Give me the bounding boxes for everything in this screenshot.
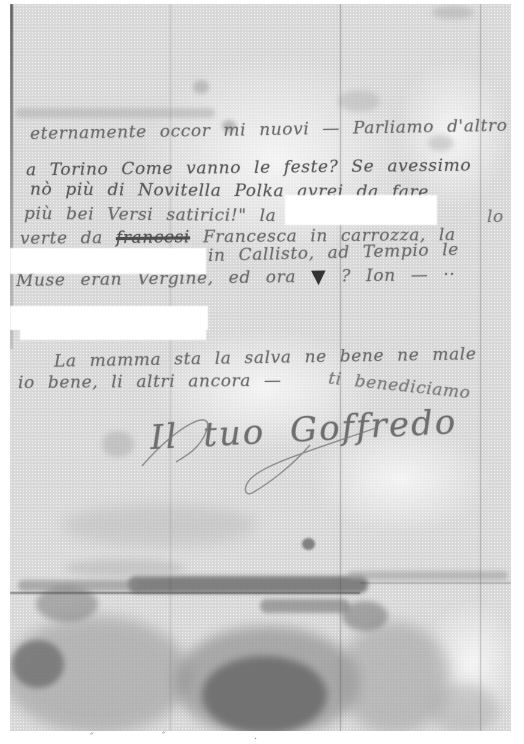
stain: [428, 684, 498, 731]
horizontal-fold-crease: [10, 592, 360, 594]
stain: [193, 80, 209, 94]
stain: [62, 504, 257, 546]
redaction-block: [285, 195, 437, 225]
stain: [65, 559, 185, 577]
stray-pen-mark: ·: [254, 734, 257, 744]
redaction-block: [10, 248, 206, 274]
stain: [128, 576, 368, 593]
stain: [348, 571, 508, 580]
stain: [302, 538, 315, 550]
handwritten-line-4-suffix: lo: [487, 207, 504, 227]
vertical-fold-crease: [480, 4, 481, 731]
stain: [432, 6, 474, 19]
stain: [102, 431, 134, 457]
stain: [260, 599, 350, 613]
line-7-post: ? Ion — ··: [326, 265, 455, 287]
page-left-edge-shadow: [10, 4, 13, 349]
stain: [428, 135, 454, 151]
handwritten-line-4: più bei Versi satirici!" la: [24, 204, 277, 226]
scan-canvas: eternamente occor mi nuovi — Parliamo d'…: [0, 0, 524, 744]
stain: [12, 640, 64, 688]
line-5-pre: verte da: [20, 228, 116, 249]
horizontal-fold-crease: [360, 582, 511, 584]
letter-page: eternamente occor mi nuovi — Parliamo d'…: [10, 4, 511, 731]
redaction-block: [20, 326, 206, 340]
stain: [15, 108, 215, 118]
stain: [202, 656, 327, 731]
stain: [338, 90, 380, 112]
vertical-fold-crease: [340, 4, 341, 731]
ink-triangle-mark: ▼: [311, 266, 327, 288]
handwritten-line-9: io bene, li altri ancora —: [18, 371, 282, 393]
struck-through-word: francesi: [116, 227, 190, 248]
stray-pen-mark: ˝: [88, 733, 93, 744]
stray-pen-mark: ˝: [160, 732, 165, 743]
